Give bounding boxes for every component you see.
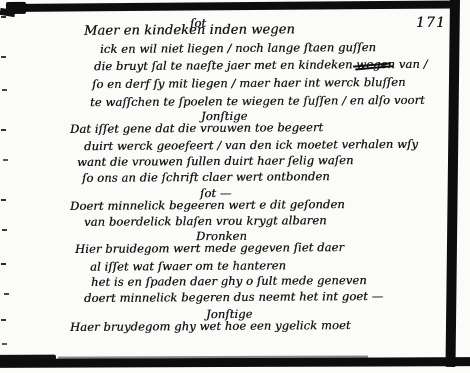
manuscript-line: al iſſet wat ſwaer om te hanteren xyxy=(90,258,286,273)
scan-edge-speckles xyxy=(1,16,6,18)
manuscript-line: Dat iſſet gene dat die vrouwen toe begee… xyxy=(70,120,323,136)
page-number: 171 xyxy=(416,15,446,31)
manuscript-line: Maer en kindeken inden wegen xyxy=(84,22,295,38)
scan-border-top xyxy=(6,0,455,12)
manuscript-line: ſo ons an die ſchrift claer wert ontbond… xyxy=(82,169,330,185)
manuscript-line: Doert minnelick begeeren wert e dit geſo… xyxy=(70,197,345,213)
manuscript-line: Hier bruidegom wert mede gegeven ſiet da… xyxy=(75,240,344,256)
manuscript-line: ſo en derf ſy mit liegen / maer haer int… xyxy=(92,75,406,91)
scan-border-right xyxy=(445,0,460,367)
scan-border-bottom xyxy=(0,357,470,368)
manuscript-line: van boerdelick blaſen vrou krygt albaren xyxy=(84,213,327,229)
manuscript-line: ick en wil niet liegen / noch lange ſtae… xyxy=(100,40,376,56)
manuscript-line: doert minnelick begeren dus neemt het in… xyxy=(84,289,383,305)
manuscript-line: te waſſchen te ſpoelen te wiegen te ſuſſ… xyxy=(90,93,425,109)
manuscript-line: want die vrouwen ſullen duirt haer ſelig… xyxy=(77,153,354,169)
manuscript-line: Haer bruydegom ghy wet hoe een ygelick m… xyxy=(70,318,351,334)
manuscript-page: 171 ſotMaer en kindeken inden wegenick e… xyxy=(0,0,470,373)
manuscript-line: het is en ſpaden daer ghy o ſult mede ge… xyxy=(91,273,367,289)
manuscript-line: duirt werck geoefeert / van den ick moet… xyxy=(84,137,418,153)
